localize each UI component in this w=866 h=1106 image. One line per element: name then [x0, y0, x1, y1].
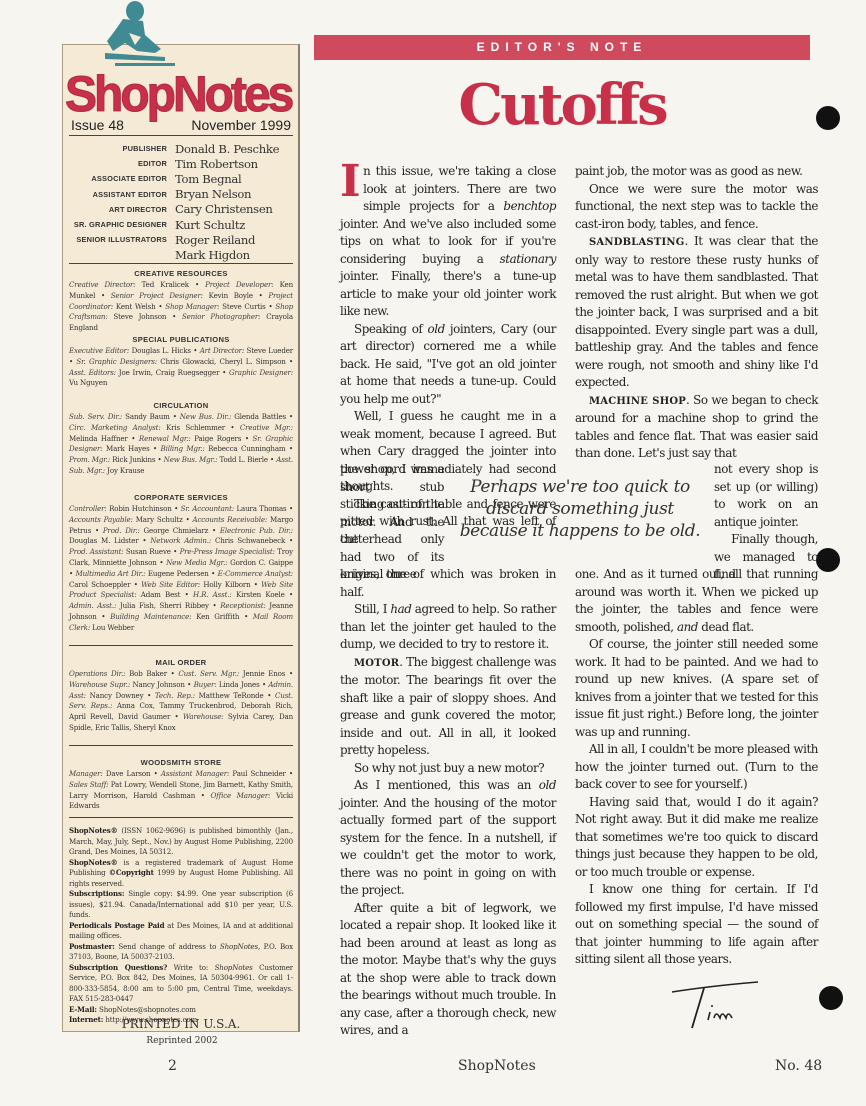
section-body: Creative Director: Ted Kralicek • Projec…: [69, 280, 293, 334]
staff-row: ASSOCIATE EDITORTom Begnal: [67, 171, 295, 186]
publication-info: ShopNotes® (ISSN 1062-9696) is published…: [69, 826, 293, 1026]
article-column-2-top: paint job, the motor was as good as new.…: [575, 163, 818, 463]
binder-hole-icon: [816, 548, 840, 572]
staff-name: Tim Robertson: [175, 157, 258, 171]
printed-in-usa: PRINTED IN U.S.A.: [69, 1017, 293, 1031]
section-woodsmith-store: WOODSMITH STORE Manager: Dave Larson • A…: [69, 758, 293, 812]
section-body: Manager: Dave Larson • Assistant Manager…: [69, 769, 293, 812]
staff-name: Bryan Nelson: [175, 187, 251, 201]
section-title: SPECIAL PUBLICATIONS: [69, 335, 293, 344]
section-body: Controller: Robin Hutchinson • Sr. Accou…: [69, 504, 293, 634]
footer-publication-name: ShopNotes: [458, 1058, 536, 1074]
staff-name: Roger Reiland: [175, 233, 255, 247]
divider: [69, 263, 293, 264]
issue-number: Issue 48: [71, 117, 124, 133]
editors-note-banner: EDITOR'S NOTE: [314, 35, 810, 60]
staff-row: SENIOR ILLUSTRATORSRoger Reiland: [67, 232, 295, 247]
staff-role: EDITOR: [67, 159, 175, 168]
issue-info: Issue 48 November 1999: [69, 117, 293, 136]
staff-row: EDITORTim Robertson: [67, 156, 295, 171]
signature-tim: [670, 978, 760, 1033]
divider: [69, 817, 293, 818]
article-column-1-bottom: knives, one of which was broken in half.…: [340, 566, 556, 1040]
divider: [69, 645, 293, 646]
footer-issue-number: No. 48: [775, 1058, 822, 1074]
section-special-publications: SPECIAL PUBLICATIONS Executive Editor: D…: [69, 335, 293, 389]
section-body: Executive Editor: Douglas L. Hicks • Art…: [69, 346, 293, 389]
staff-name: Cary Christensen: [175, 202, 273, 216]
section-body: Operations Dir.: Bob Baker • Cust. Serv.…: [69, 669, 293, 734]
registered-mark: ®: [287, 101, 292, 108]
staff-role: ASSOCIATE EDITOR: [67, 174, 175, 183]
section-title: CIRCULATION: [69, 401, 293, 410]
staff-row: ASSISTANT EDITORBryan Nelson: [67, 187, 295, 202]
staff-name: Donald B. Peschke: [175, 142, 279, 156]
section-corporate-services: CORPORATE SERVICES Controller: Robin Hut…: [69, 493, 293, 634]
divider: [69, 745, 293, 746]
section-body: Sub. Serv. Dir.: Sandy Baum • New Bus. D…: [69, 412, 293, 477]
page-number: 2: [168, 1058, 177, 1074]
section-creative-resources: CREATIVE RESOURCES Creative Director: Te…: [69, 269, 293, 334]
staff-role: ART DIRECTOR: [67, 205, 175, 214]
staff-role: SENIOR ILLUSTRATORS: [67, 235, 175, 244]
staff-name: Mark Higdon: [175, 248, 250, 262]
staff-role: SR. GRAPHIC DESIGNER: [67, 220, 175, 229]
staff-role: PUBLISHER: [67, 144, 175, 153]
staff-row: SR. GRAPHIC DESIGNERKurt Schultz: [67, 217, 295, 232]
staff-list: PUBLISHERDonald B. Peschke EDITORTim Rob…: [67, 141, 295, 263]
staff-row: Mark Higdon: [67, 247, 295, 262]
craftsman-figure-icon: [85, 1, 180, 71]
shopnotes-logo: ShopNotes: [65, 70, 297, 120]
masthead-panel: ShopNotes ® Issue 48 November 1999 PUBLI…: [62, 44, 300, 1032]
article-headline: Cutoffs: [314, 70, 810, 140]
staff-name: Tom Begnal: [175, 172, 241, 186]
issue-date: November 1999: [191, 117, 291, 133]
section-title: CREATIVE RESOURCES: [69, 269, 293, 278]
section-title: CORPORATE SERVICES: [69, 493, 293, 502]
section-title: MAIL ORDER: [69, 658, 293, 667]
staff-name: Kurt Schultz: [175, 218, 245, 232]
binder-hole-icon: [816, 106, 840, 130]
staff-role: ASSISTANT EDITOR: [67, 190, 175, 199]
staff-row: PUBLISHERDonald B. Peschke: [67, 141, 295, 156]
section-title: WOODSMITH STORE: [69, 758, 293, 767]
staff-row: ART DIRECTORCary Christensen: [67, 202, 295, 217]
pull-quote: Perhaps we're too quick to discard somet…: [450, 476, 710, 542]
section-mail-order: MAIL ORDER Operations Dir.: Bob Baker • …: [69, 658, 293, 734]
binder-hole-icon: [819, 986, 843, 1010]
reprinted-note: Reprinted 2002: [62, 1036, 302, 1046]
section-circulation: CIRCULATION Sub. Serv. Dir.: Sandy Baum …: [69, 401, 293, 477]
article-column-2-bottom: one. And as it turned out, all that runn…: [575, 566, 818, 969]
